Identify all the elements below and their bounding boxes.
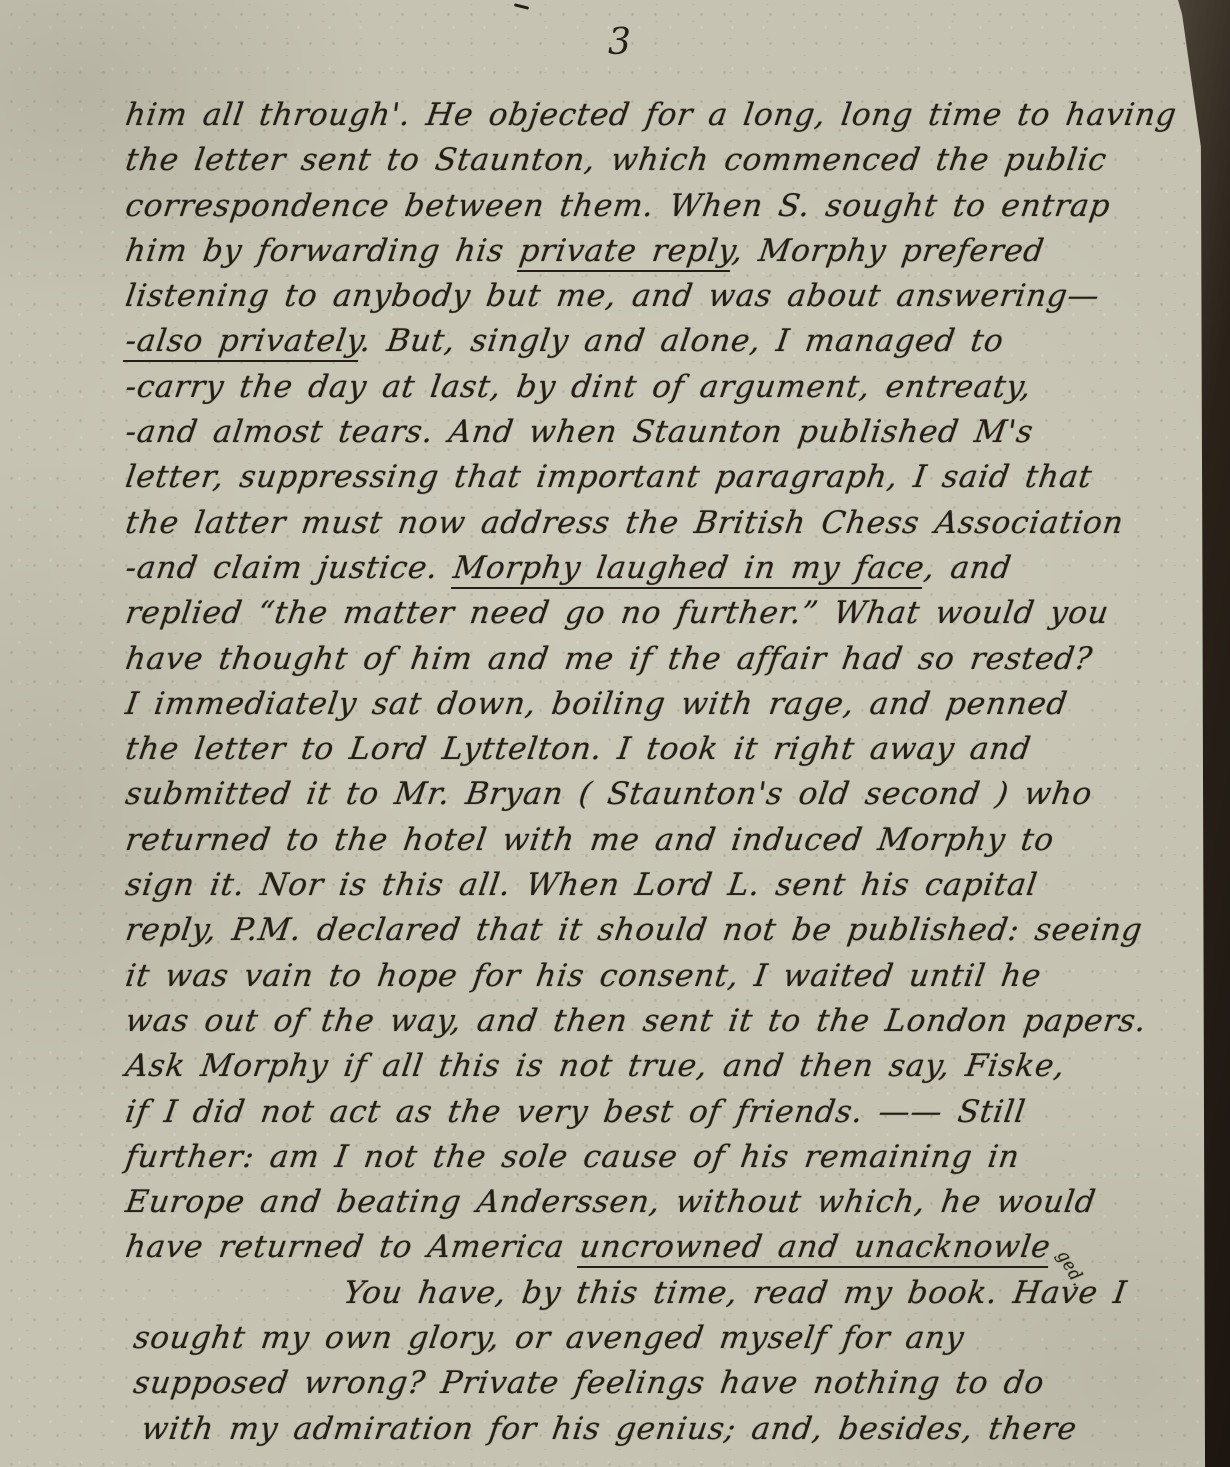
handwritten-line: have returned to America uncrowned and u…	[122, 1229, 1188, 1274]
handwritten-line: Europe and beating Anderssen, without wh…	[122, 1184, 1188, 1229]
handwritten-line: sought my own glory, or avenged myself f…	[130, 1320, 1188, 1365]
handwritten-lines: him all through'. He objected for a long…	[122, 97, 1182, 1456]
handwritten-line: him all through'. He objected for a long…	[122, 97, 1188, 142]
handwritten-line: -and almost tears. And when Staunton pub…	[122, 414, 1188, 459]
handwritten-line: the letter to Lord Lyttelton. I took it …	[122, 731, 1188, 776]
handwritten-line: correspondence between them. When S. sou…	[122, 188, 1188, 233]
text-segment: further: am I not the sole cause of his …	[123, 1139, 1022, 1175]
ink-mark	[514, 3, 529, 10]
text-segment: him all through'. He objected for a long…	[123, 97, 1179, 133]
handwritten-line: -and claim justice. Morphy laughed in my…	[122, 550, 1188, 595]
handwritten-line: if I did not act as the very best of fri…	[122, 1094, 1188, 1139]
text-segment: You have, by this time, read my book. Ha…	[341, 1275, 1129, 1311]
text-segment: correspondence between them. When S. sou…	[123, 188, 1113, 224]
text-segment: . But, singly and alone, I managed to	[358, 323, 1006, 359]
text-segment: him by forwarding his	[123, 233, 522, 269]
handwritten-line: replied “the matter need go no further.”…	[122, 595, 1188, 640]
page-number: 3	[608, 22, 632, 63]
handwritten-line: reply, P.M. declared that it should not …	[122, 912, 1188, 957]
text-segment: with my admiration for his genius; and, …	[139, 1411, 1079, 1447]
handwritten-line: letter, suppressing that important parag…	[122, 459, 1188, 504]
text-segment: returned to the hotel with me and induce…	[123, 822, 1056, 858]
handwritten-line: returned to the hotel with me and induce…	[122, 822, 1188, 867]
text-segment: was out of the way, and then sent it to …	[123, 1003, 1149, 1039]
handwritten-line: Ask Morphy if all this is not true, and …	[122, 1048, 1188, 1093]
text-segment: supposed wrong? Private feelings have no…	[131, 1365, 1046, 1401]
handwritten-line: I immediately sat down, boiling with rag…	[122, 686, 1188, 731]
text-segment: Ask Morphy if all this is not true, and …	[123, 1048, 1067, 1084]
text-segment: , Morphy prefered	[730, 233, 1047, 269]
handwritten-line: him by forwarding his private reply, Mor…	[122, 233, 1188, 278]
text-segment: the letter to Lord Lyttelton. I took it …	[123, 731, 1033, 767]
text-segment: the latter must now address the British …	[123, 505, 1126, 541]
text-segment: listening to anybody but me, and was abo…	[123, 278, 1102, 314]
text-segment: -and claim justice.	[123, 550, 456, 586]
text-segment: replied “the matter need go no further.”…	[123, 595, 1111, 631]
underlined-phrase: -also privately	[123, 323, 363, 362]
handwritten-line: You have, by this time, read my book. Ha…	[340, 1275, 1188, 1320]
text-segment: -and almost tears. And when Staunton pub…	[123, 414, 1035, 450]
manuscript-scan: { "document": { "type": "handwritten-let…	[0, 0, 1230, 1467]
text-segment: , and	[922, 550, 1014, 586]
text-segment: the letter sent to Staunton, which comme…	[123, 142, 1109, 178]
handwritten-line: it was vain to hope for his consent, I w…	[122, 958, 1188, 1003]
handwritten-line: have thought of him and me if the affair…	[122, 641, 1188, 686]
handwritten-line: further: am I not the sole cause of his …	[122, 1139, 1188, 1184]
text-segment: -carry the day at last, by dint of argum…	[123, 369, 1034, 405]
underlined-phrase: Morphy laughed in my face	[451, 550, 927, 589]
text-segment: I immediately sat down, boiling with rag…	[123, 686, 1070, 722]
handwritten-line: the latter must now address the British …	[122, 505, 1188, 550]
handwritten-line: -carry the day at last, by dint of argum…	[122, 369, 1188, 414]
text-segment: sought my own glory, or avenged myself f…	[131, 1320, 966, 1356]
text-segment: it was vain to hope for his consent, I w…	[123, 958, 1043, 994]
text-segment: submitted it to Mr. Bryan ( Staunton's o…	[123, 776, 1094, 812]
handwritten-line: was out of the way, and then sent it to …	[122, 1003, 1188, 1048]
text-segment: Europe and beating Anderssen, without wh…	[123, 1184, 1098, 1220]
text-segment: letter, suppressing that important parag…	[123, 459, 1094, 495]
text-segment: have thought of him and me if the affair…	[123, 641, 1095, 677]
text-segment: have returned to America	[123, 1229, 582, 1265]
underlined-phrase: uncrowned and unacknowle	[577, 1229, 1053, 1268]
text-segment: reply, P.M. declared that it should not …	[123, 912, 1144, 948]
handwritten-line: the letter sent to Staunton, which comme…	[122, 142, 1188, 187]
handwritten-line: -also privately. But, singly and alone, …	[122, 323, 1188, 368]
text-segment: if I did not act as the very best of fri…	[123, 1094, 1028, 1130]
handwritten-line: submitted it to Mr. Bryan ( Staunton's o…	[122, 776, 1188, 821]
handwritten-line: supposed wrong? Private feelings have no…	[130, 1365, 1188, 1410]
handwritten-line: with my admiration for his genius; and, …	[138, 1411, 1188, 1456]
handwritten-line: listening to anybody but me, and was abo…	[122, 278, 1188, 323]
underlined-phrase: private reply	[517, 233, 735, 272]
handwritten-line: sign it. Nor is this all. When Lord L. s…	[122, 867, 1188, 912]
text-segment: sign it. Nor is this all. When Lord L. s…	[123, 867, 1040, 903]
